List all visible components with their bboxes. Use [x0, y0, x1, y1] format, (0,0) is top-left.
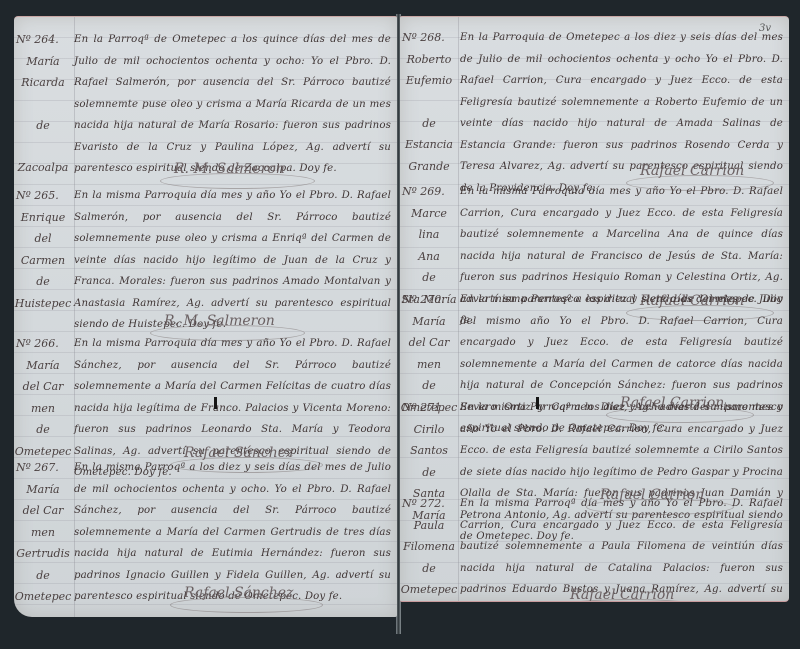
margin-name-line: Ana: [400, 246, 458, 268]
margin-name-line: María: [14, 51, 72, 73]
binding-mark: [536, 397, 539, 409]
margin-name-line: Eufemio: [400, 70, 458, 92]
entry-number: Nº 271.: [400, 397, 458, 419]
priest-signature: Rafael Carrion: [570, 587, 674, 602]
margin-name-line: del Car: [14, 500, 72, 522]
entry-number: Nº 270.: [400, 289, 458, 311]
margin-name-line: Cirilo Santos: [400, 419, 458, 462]
margin-place-line: Zacoalpa: [14, 157, 72, 179]
margin-name-line: men: [14, 522, 72, 544]
entry-number: Nº 268.: [400, 27, 458, 49]
entry-margin: Nº 266. María del Car men de Ometepec: [14, 333, 72, 462]
margin-place-line: Estancia: [400, 134, 458, 156]
entry-margin: Nº 264. María Ricarda de Zacoalpa: [14, 29, 72, 179]
entry-number: Nº 272.: [400, 493, 458, 515]
margin-name-line: Roberto: [400, 49, 458, 71]
margin-name-line: de: [14, 271, 72, 293]
margin-place-line: Ometepec: [14, 586, 72, 608]
margin-name-line: Ricarda: [14, 72, 72, 94]
entry-number: Nº 265.: [14, 185, 72, 207]
margin-name-line: de: [400, 267, 458, 289]
margin-name-line: Enrique: [14, 207, 72, 229]
entry-number: Nº 264.: [14, 29, 72, 51]
margin-name-line: Marce: [400, 203, 458, 225]
margin-name-line: María: [14, 479, 72, 501]
margin-name-line: del Car: [400, 332, 458, 354]
margin-name-line: Gertrudis: [14, 543, 72, 565]
margin-name-line: de: [14, 419, 72, 441]
entry-margin: Nº 268. Roberto Eufemio de Estancia Gran…: [400, 27, 458, 177]
margin-name-line: Filomena: [400, 536, 458, 558]
margin-place-line: Grande: [400, 156, 458, 178]
priest-signature: Rafael Carrion: [640, 163, 744, 179]
margin-name-line: de: [400, 375, 458, 397]
entry-margin: Nº 267. María del Car men Gertrudis de O…: [14, 457, 72, 608]
entry-margin: Nº 265. Enrique del Carmen de Huistepec: [14, 185, 72, 314]
margin-name-line: lina: [400, 224, 458, 246]
margin-name-line: María: [400, 311, 458, 333]
margin-name-line: del: [14, 228, 72, 250]
priest-signature: R. M. Salmeron: [164, 313, 275, 329]
margin-rule: [458, 17, 459, 601]
margin-name-line: men: [14, 398, 72, 420]
entry-number: Nº 269.: [400, 181, 458, 203]
binding-mark: [214, 397, 217, 409]
margin-name-line: del Car: [14, 376, 72, 398]
margin-name-line: de: [400, 113, 458, 135]
margin-name-line: María: [14, 355, 72, 377]
margin-name-line: de: [14, 565, 72, 587]
margin-name-line: de: [400, 558, 458, 580]
margin-name-line: de: [14, 115, 72, 137]
entry-text: En la misma Parroqª día mes y año Yo el …: [460, 493, 783, 602]
priest-signature: R. M. Salmeron: [174, 161, 285, 177]
entry-text: En la Parroqª de Ometepec a los quince d…: [74, 29, 391, 180]
margin-name-line: de: [400, 462, 458, 484]
entry-number: Nº 267.: [14, 457, 72, 479]
entry-margin: Nº 272. Paula Filomena de Ometepec: [400, 493, 458, 601]
margin-place-line: Ometepec: [400, 579, 458, 601]
margin-name-line: Paula: [400, 515, 458, 537]
left-page: Nº 264. María Ricarda de Zacoalpa En la …: [14, 16, 397, 617]
margin-name-line: Carmen: [14, 250, 72, 272]
margin-place-line: Huistepec: [14, 293, 72, 315]
priest-signature: Rafael Sánchez: [184, 585, 293, 601]
margin-name-line: men: [400, 354, 458, 376]
right-page: 3v Nº 268. Roberto Eufemio de Estancia G…: [400, 16, 789, 602]
entry-number: Nº 266.: [14, 333, 72, 355]
